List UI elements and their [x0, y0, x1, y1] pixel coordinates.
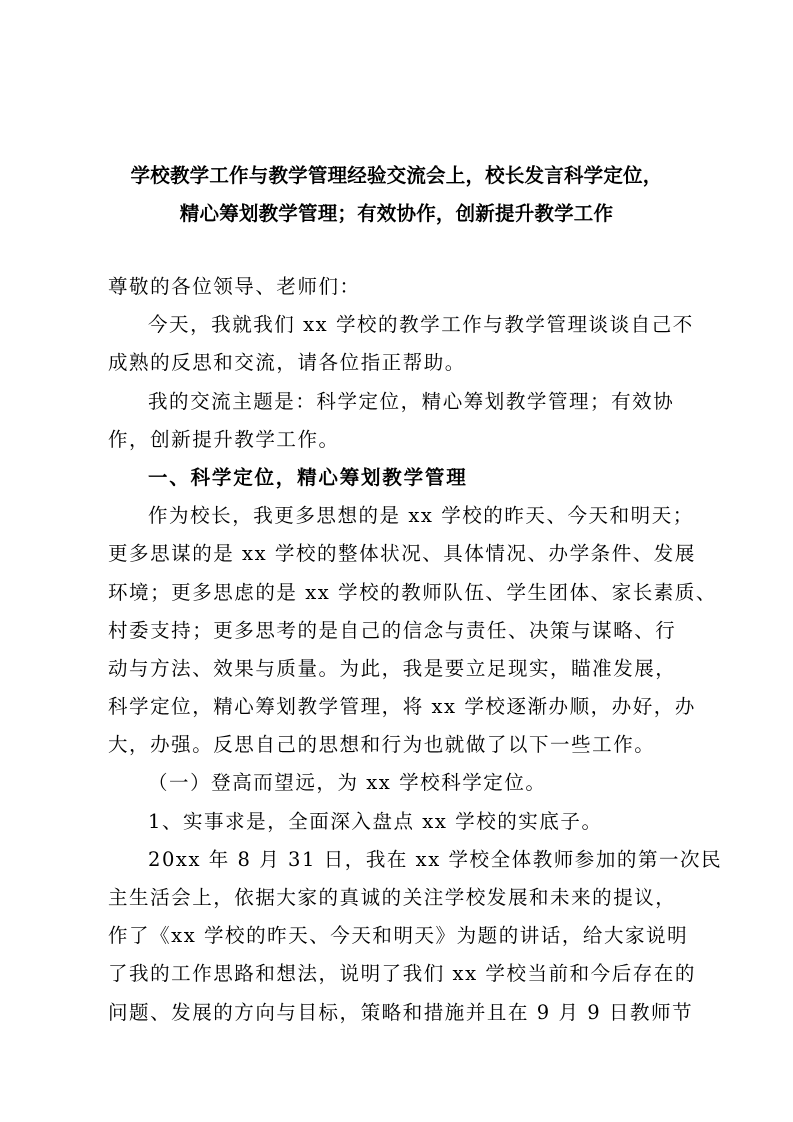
document-title-line-1: 学校教学工作与教学管理经验交流会上，校长发言科学定位，	[100, 157, 693, 195]
paragraph-line: 成熟的反思和交流，请各位指正帮助。	[108, 344, 686, 382]
paragraph-line: 村委支持；更多思考的是自己的信念与责任、决策与谋略、行	[108, 612, 686, 650]
paragraph-line: 动与方法、效果与质量。为此，我是要立足现实，瞄准发展，	[108, 650, 686, 688]
paragraph-line: 大，办强。反思自己的思想和行为也就做了以下一些工作。	[108, 726, 686, 764]
paragraph-line: 主生活会上，依据大家的真诚的关注学校发展和未来的提议，	[108, 879, 686, 917]
paragraph-line: 科学定位，精心筹划教学管理，将 xx 学校逐渐办顺，办好，办	[108, 688, 686, 726]
paragraph-line: 我的交流主题是：科学定位，精心筹划教学管理；有效协	[108, 383, 686, 421]
document-body: 尊敬的各位领导、老师们： 今天，我就我们 xx 学校的教学工作与教学管理谈谈自己…	[108, 268, 686, 1032]
paragraph-line: 更多思谋的是 xx 学校的整体状况、具体情况、办学条件、发展	[108, 535, 686, 573]
paragraph-line: 作为校长，我更多思想的是 xx 学校的昨天、今天和明天；	[108, 497, 686, 535]
paragraph-line: 作，创新提升教学工作。	[108, 421, 686, 459]
paragraph-line: 今天，我就我们 xx 学校的教学工作与教学管理谈谈自己不	[108, 306, 686, 344]
paragraph-line: 问题、发展的方向与目标，策略和措施并且在 9 月 9 日教师节	[108, 994, 686, 1032]
paragraph-line: 作了《xx 学校的昨天、今天和明天》为题的讲话，给大家说明	[108, 917, 686, 955]
paragraph-line: 环境；更多思虑的是 xx 学校的教师队伍、学生团体、家长素质、	[108, 574, 686, 612]
paragraph-line: 了我的工作思路和想法，说明了我们 xx 学校当前和今后存在的	[108, 955, 686, 993]
salutation: 尊敬的各位领导、老师们：	[108, 268, 686, 306]
subsection-heading: （一）登高而望远，为 xx 学校科学定位。	[108, 764, 686, 802]
subsection-item: 1、实事求是，全面深入盘点 xx 学校的实底子。	[108, 803, 686, 841]
section-heading: 一、科学定位，精心筹划教学管理	[108, 459, 686, 497]
paragraph-line: 20xx 年 8 月 31 日，我在 xx 学校全体教师参加的第一次民	[108, 841, 686, 879]
document-title-line-2: 精心筹划教学管理；有效协作，创新提升教学工作	[100, 195, 693, 233]
